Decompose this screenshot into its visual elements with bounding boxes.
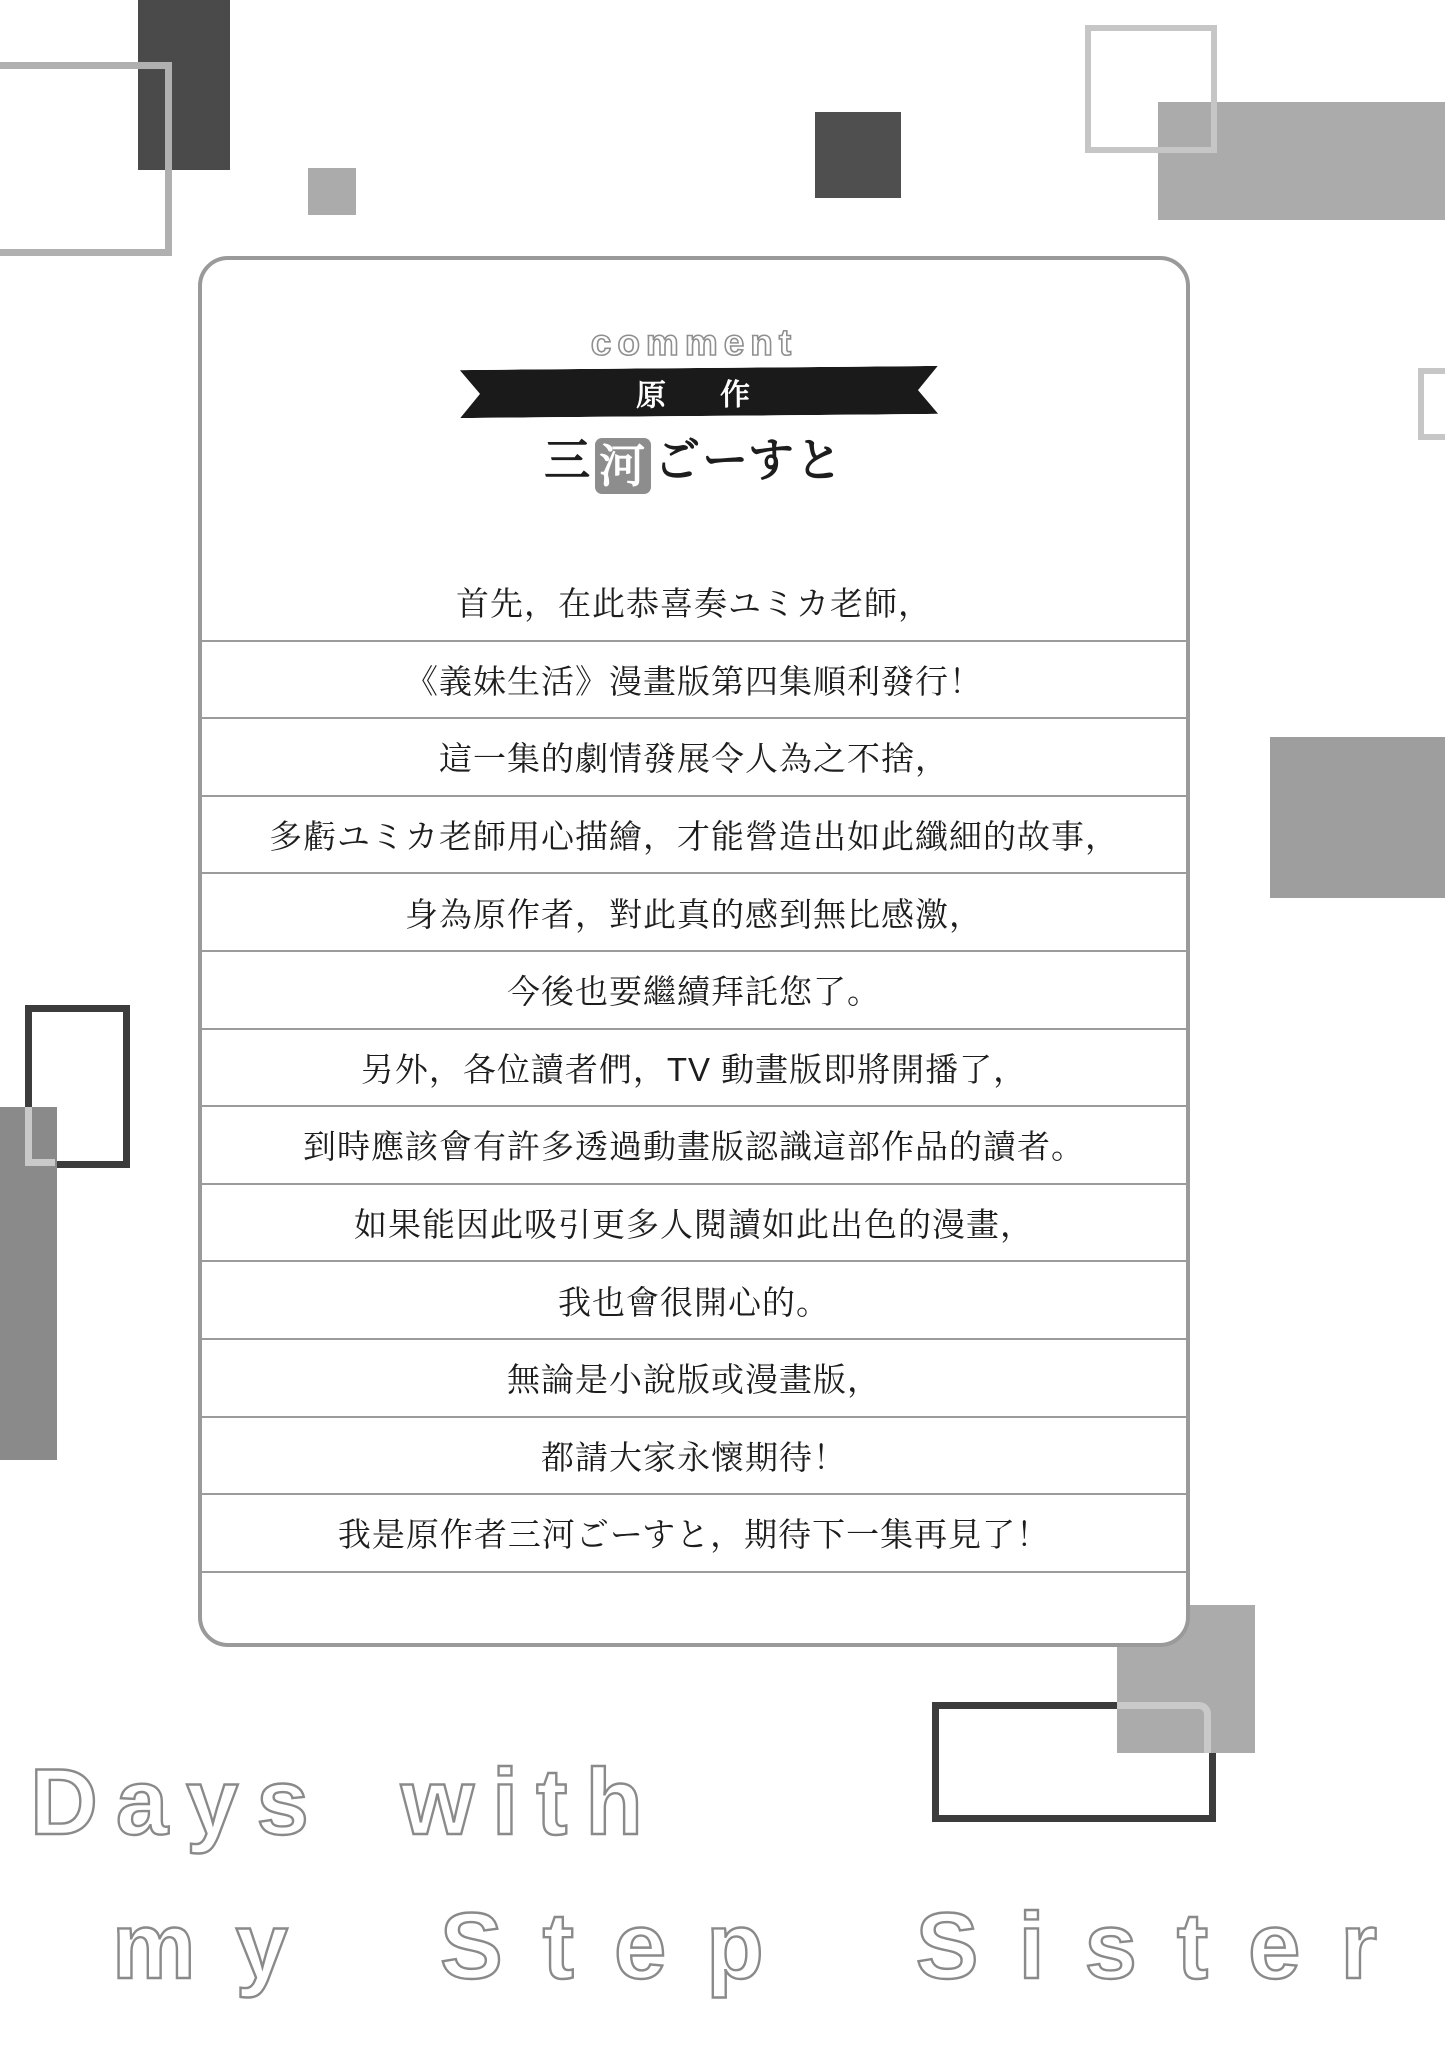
comment-line-row: 我是原作者三河ごーすと，期待下一集再見了！ bbox=[202, 1495, 1186, 1573]
comment-line-row: 如果能因此吸引更多人閱讀如此出色的漫畫， bbox=[202, 1185, 1186, 1263]
comment-heading: comment bbox=[202, 322, 1186, 364]
comment-line-text: 《義妹生活》漫畫版第四集順利發行！ bbox=[405, 656, 983, 703]
comment-line-row: 另外，各位讀者們，TV 動畫版即將開播了， bbox=[202, 1030, 1186, 1108]
deco-rect-right-gray bbox=[1270, 737, 1445, 898]
comment-line-row: 我也會很開心的。 bbox=[202, 1262, 1186, 1340]
comment-line-row: 這一集的劇情發展令人為之不捨， bbox=[202, 719, 1186, 797]
comment-line-text: 無論是小說版或漫畫版， bbox=[507, 1354, 881, 1401]
author-suffix: ごーすと bbox=[654, 434, 844, 486]
comment-line-row: 多虧ユミカ老師用心描繪，才能營造出如此纖細的故事， bbox=[202, 797, 1186, 875]
comment-line-text: 這一集的劇情發展令人為之不捨， bbox=[439, 733, 949, 780]
comment-line-row: 首先，在此恭喜奏ユミカ老師， bbox=[202, 564, 1186, 642]
comment-line-row: 都請大家永懷期待！ bbox=[202, 1418, 1186, 1496]
author-prefix: 三 bbox=[544, 434, 592, 486]
comment-line-text: 如果能因此吸引更多人閱讀如此出色的漫畫， bbox=[354, 1199, 1034, 1246]
comment-line-row: 今後也要繼續拜託您了。 bbox=[202, 952, 1186, 1030]
comment-text-rows: 首先，在此恭喜奏ユミカ老師， 《義妹生活》漫畫版第四集順利發行！ 這一集的劇情發… bbox=[202, 564, 1186, 1573]
comment-line-text: 多虧ユミカ老師用心描繪，才能營造出如此纖細的故事， bbox=[269, 811, 1119, 858]
comment-line-text: 首先，在此恭喜奏ユミカ老師， bbox=[456, 578, 932, 625]
deco-overlap-corner-bottomright bbox=[1117, 1702, 1211, 1753]
comment-line-text: 到時應該會有許多透過動畫版認識這部作品的讀者。 bbox=[303, 1121, 1085, 1168]
deco-square-topcenter-dark bbox=[815, 112, 901, 198]
comment-line-row: 《義妹生活》漫畫版第四集順利發行！ bbox=[202, 642, 1186, 720]
comment-line-row: 到時應該會有許多透過動畫版認識這部作品的讀者。 bbox=[202, 1107, 1186, 1185]
comment-card: comment 原 作 三河ごーすと 首先，在此恭喜奏ユミカ老師， 《義妹生活》… bbox=[198, 256, 1190, 1647]
deco-square-top-small-gray bbox=[308, 168, 356, 215]
ribbon-label: 原 作 bbox=[636, 369, 762, 414]
comment-line-text: 今後也要繼續拜託您了。 bbox=[507, 966, 881, 1013]
author-boxed-char: 河 bbox=[595, 438, 651, 494]
deco-square-topright-outline bbox=[1085, 25, 1217, 153]
comment-line-text: 另外，各位讀者們，TV 動畫版即將開播了， bbox=[361, 1044, 1027, 1091]
comment-line-text: 都請大家永懷期待！ bbox=[541, 1432, 847, 1479]
comment-line-row: 身為原作者，對此真的感到無比感激， bbox=[202, 874, 1186, 952]
deco-square-topleft-outline bbox=[0, 62, 172, 256]
series-title-line1: Days with bbox=[30, 1748, 661, 1856]
series-title-line2: my Step Sister bbox=[112, 1892, 1417, 2000]
deco-overlap-corner-left bbox=[25, 1107, 55, 1166]
comment-line-text: 我是原作者三河ごーすと，期待下一集再見了！ bbox=[338, 1509, 1050, 1556]
comment-line-row: 無論是小說版或漫畫版， bbox=[202, 1340, 1186, 1418]
comment-line-text: 我也會很開心的。 bbox=[558, 1277, 830, 1324]
manga-afterword-page: { "colors": { "page_background": "#fffff… bbox=[0, 0, 1445, 2048]
original-work-ribbon: 原 作 bbox=[460, 366, 938, 418]
deco-square-rightedge-outline bbox=[1418, 368, 1445, 440]
comment-line-text: 身為原作者，對此真的感到無比感激， bbox=[405, 889, 983, 936]
author-name: 三河ごーすと bbox=[202, 424, 1186, 494]
